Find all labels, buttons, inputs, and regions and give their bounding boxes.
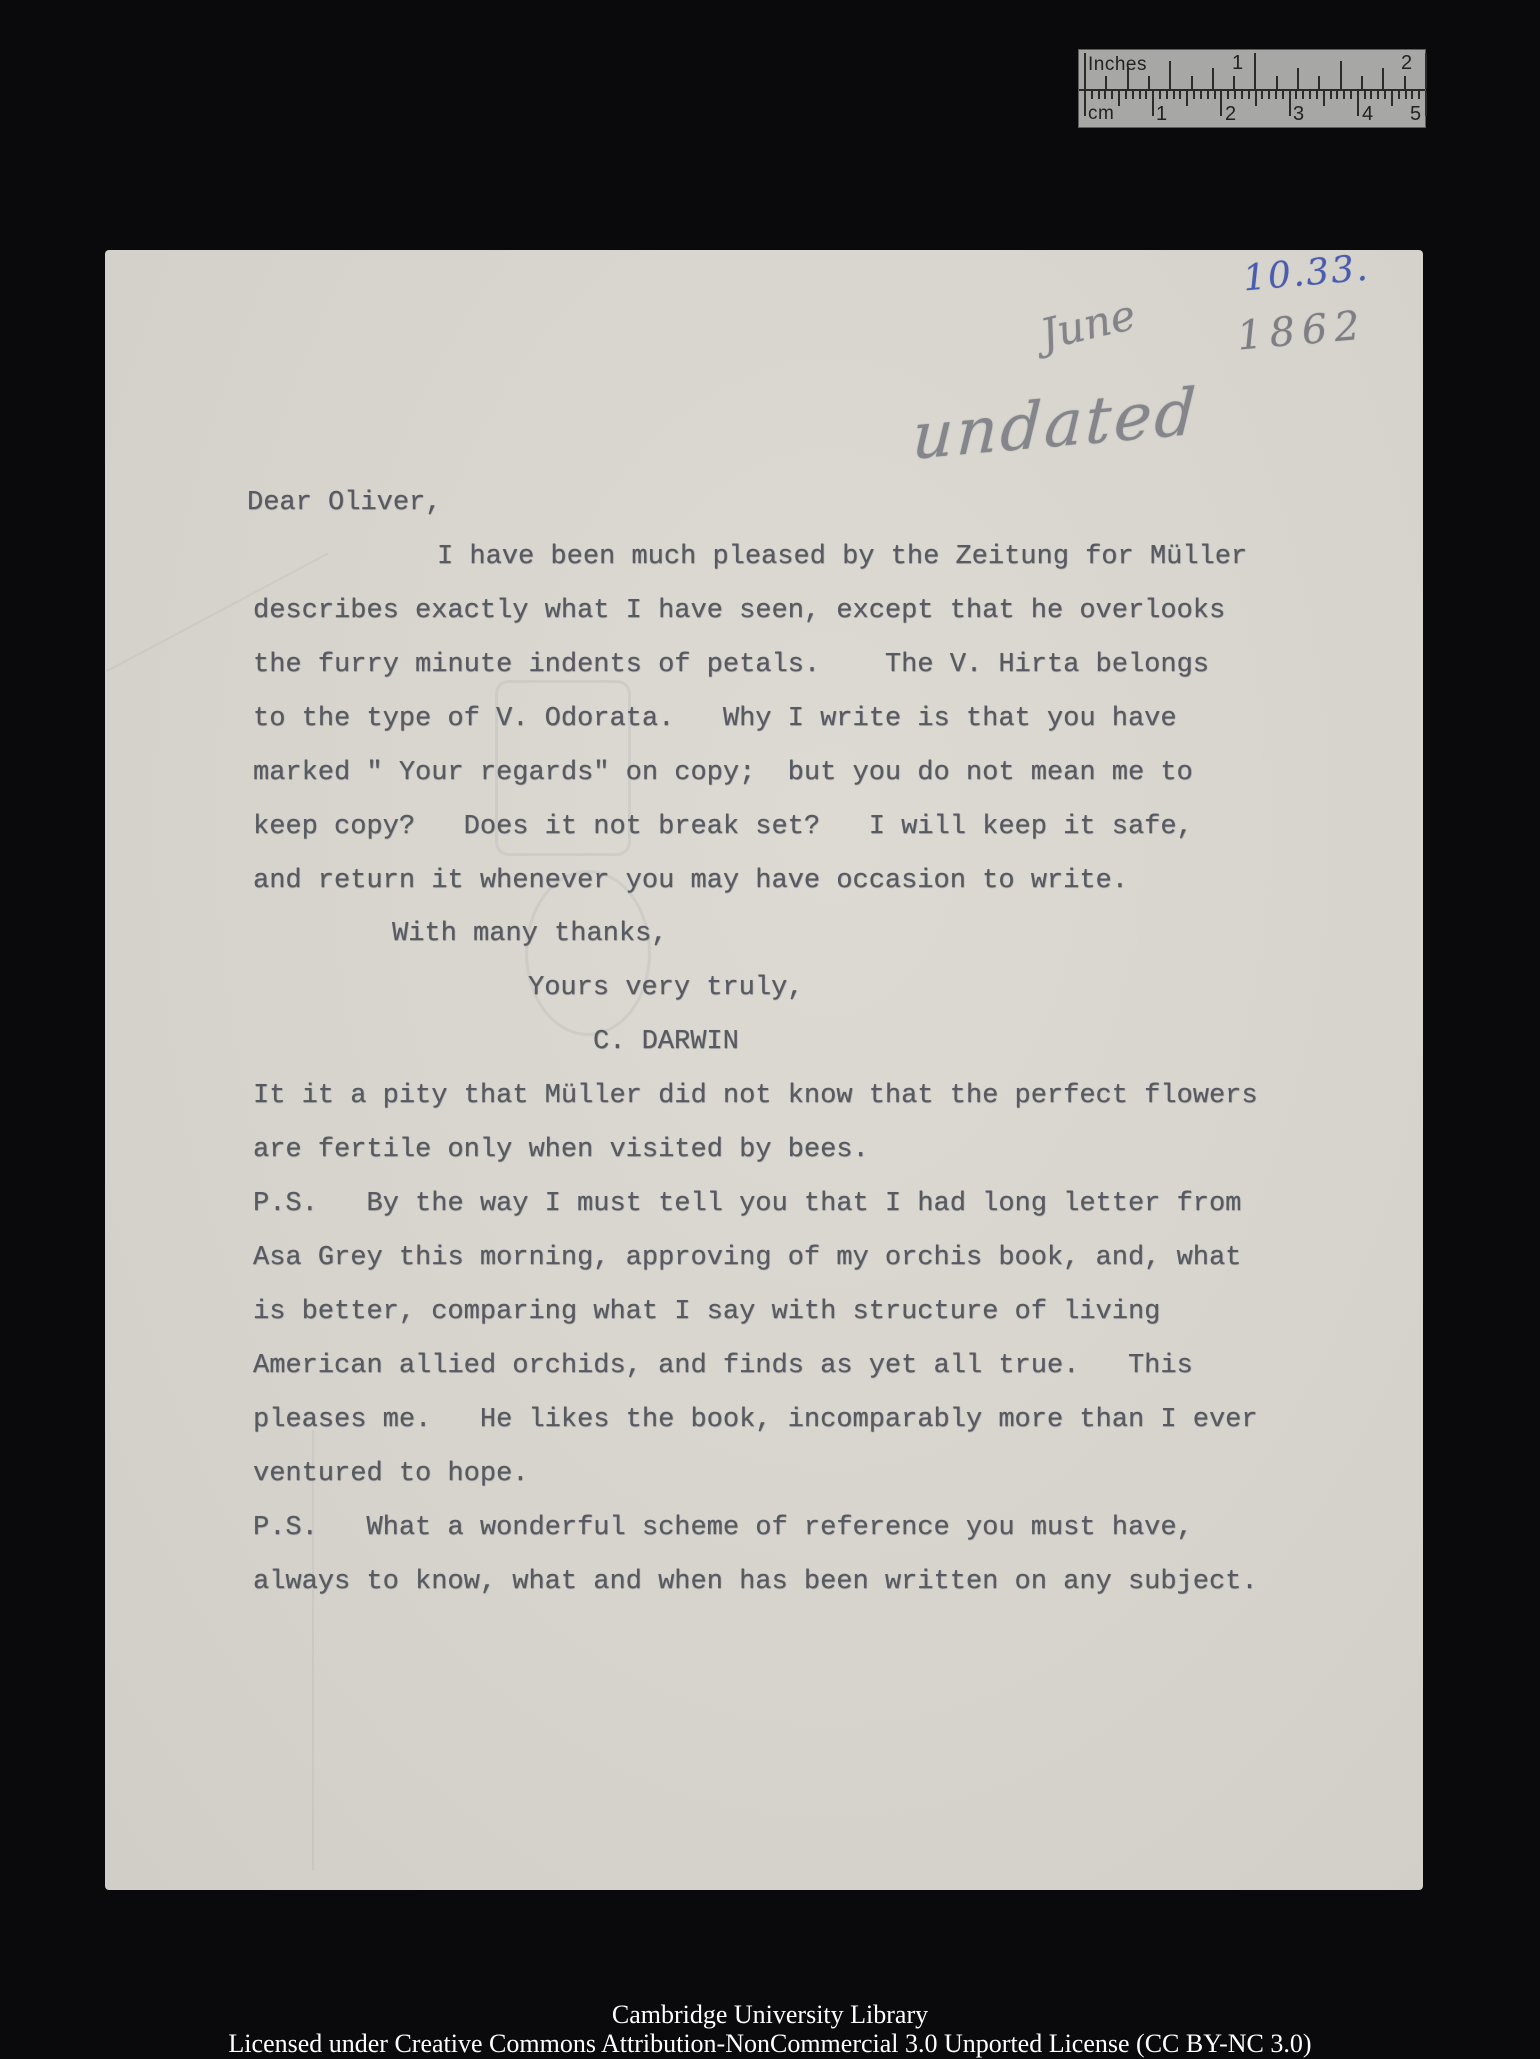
ruler-inch-number: 2: [1401, 52, 1412, 75]
ruler-inch-number: 1: [1232, 52, 1243, 75]
letter-line: It it a pity that Müller did not know th…: [253, 1083, 1258, 1110]
letter-line: ventured to hope.: [253, 1461, 528, 1488]
caption: Cambridge University Library Licensed un…: [0, 2000, 1540, 2058]
letter-line: C. DARWIN: [593, 1029, 739, 1056]
letter-line: always to know, what and when has been w…: [253, 1569, 1258, 1596]
letter-line: With many thanks,: [392, 921, 667, 948]
ruler-cm-label: cm: [1088, 103, 1114, 125]
letter-line: Dear Oliver,: [247, 490, 441, 517]
letter-line: Asa Grey this morning, approving of my o…: [253, 1245, 1241, 1272]
ruler-cm-number: 4: [1362, 103, 1373, 126]
ruler-cm-number: 5: [1410, 103, 1421, 126]
letter-line: and return it whenever you may have occa…: [253, 868, 1128, 895]
ruler-inches-label: Inches: [1088, 54, 1147, 76]
letter-line: are fertile only when visited by bees.: [253, 1137, 869, 1164]
paper-crease: [312, 1430, 314, 1870]
caption-institution: Cambridge University Library: [0, 2000, 1540, 2029]
letter-line: the furry minute indents of petals. The …: [253, 652, 1209, 679]
caption-license: Licensed under Creative Commons Attribut…: [0, 2029, 1540, 2058]
letter-line: is better, comparing what I say with str…: [253, 1299, 1160, 1326]
letter-line: Yours very truly,: [528, 975, 803, 1002]
ruler-cm-number: 1: [1156, 103, 1167, 126]
letter-line: marked " Your regards" on copy; but you …: [253, 760, 1193, 787]
ruler-cm-ticks: [1084, 91, 1426, 127]
letter-line: keep copy? Does it not break set? I will…: [253, 814, 1193, 841]
measuring-ruler: Inches cm 1 2 1 2 3 4 5: [1078, 49, 1426, 128]
ruler-cm-number: 2: [1225, 103, 1236, 126]
ruler-cm-number: 3: [1293, 103, 1304, 126]
letter-line: pleases me. He likes the book, incompara…: [253, 1407, 1258, 1434]
letter-line: I have been much pleased by the Zeitung …: [437, 544, 1247, 571]
letter-line: P.S. What a wonderful scheme of referenc…: [253, 1515, 1193, 1542]
letter-line: to the type of V. Odorata. Why I write i…: [253, 706, 1177, 733]
letter-line: P.S. By the way I must tell you that I h…: [253, 1191, 1241, 1218]
scan-page: Inches cm 1 2 1 2 3 4 5 10.33. June 1862…: [0, 0, 1540, 2059]
letter-line: describes exactly what I have seen, exce…: [253, 598, 1225, 625]
letter-line: American allied orchids, and finds as ye…: [253, 1353, 1193, 1380]
